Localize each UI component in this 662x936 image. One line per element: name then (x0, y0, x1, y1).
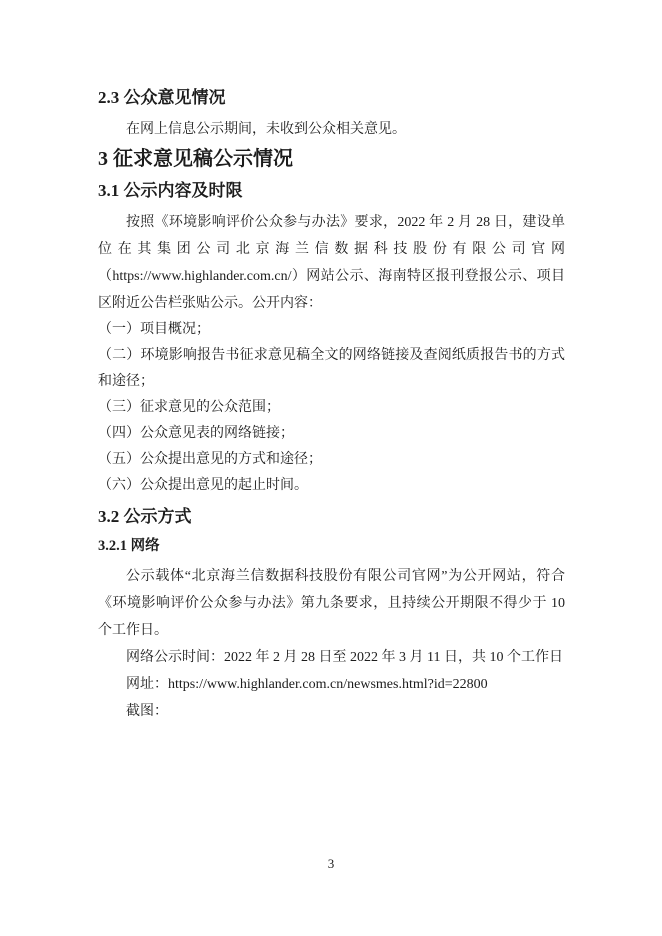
paragraph-no-comments: 在网上信息公示期间，未收到公众相关意见。 (98, 116, 565, 143)
list-item-4: （四）公众意见表的网络链接； (98, 421, 565, 447)
list-item-5: （五）公众提出意见的方式和途径； (98, 447, 565, 473)
heading-3-1-content-period: 3.1 公示内容及时限 (98, 179, 565, 203)
paragraph-url: 网址：https://www.highlander.com.cn/newsmes… (98, 671, 565, 698)
page-number: 3 (0, 855, 662, 873)
paragraph-carrier: 公示载体“北京海兰信数据科技股份有限公司官网”为公开网站，符合《环境影响评价公众… (98, 563, 565, 644)
list-item-2: （二）环境影响报告书征求意见稿全文的网络链接及查阅纸质报告书的方式和途径； (98, 343, 565, 395)
document-page: 2.3 公众意见情况 在网上信息公示期间，未收到公众相关意见。 3 征求意见稿公… (0, 0, 662, 936)
list-item-1: （一）项目概况； (98, 317, 565, 343)
heading-3-2-publicity-method: 3.2 公示方式 (98, 505, 565, 529)
paragraph-announcement: 按照《环境影响评价公众参与办法》要求，2022 年 2 月 28 日，建设单位在… (98, 209, 565, 317)
heading-3-draft-publicity: 3 征求意见稿公示情况 (98, 145, 565, 173)
heading-3-2-1-network: 3.2.1 网络 (98, 535, 565, 557)
heading-2-3-public-opinion: 2.3 公众意见情况 (98, 86, 565, 110)
paragraph-publicity-time: 网络公示时间：2022 年 2 月 28 日至 2022 年 3 月 11 日，… (98, 644, 565, 671)
list-item-3: （三）征求意见的公众范围； (98, 395, 565, 421)
list-item-6: （六）公众提出意见的起止时间。 (98, 473, 565, 499)
paragraph-screenshot-label: 截图： (98, 698, 565, 725)
